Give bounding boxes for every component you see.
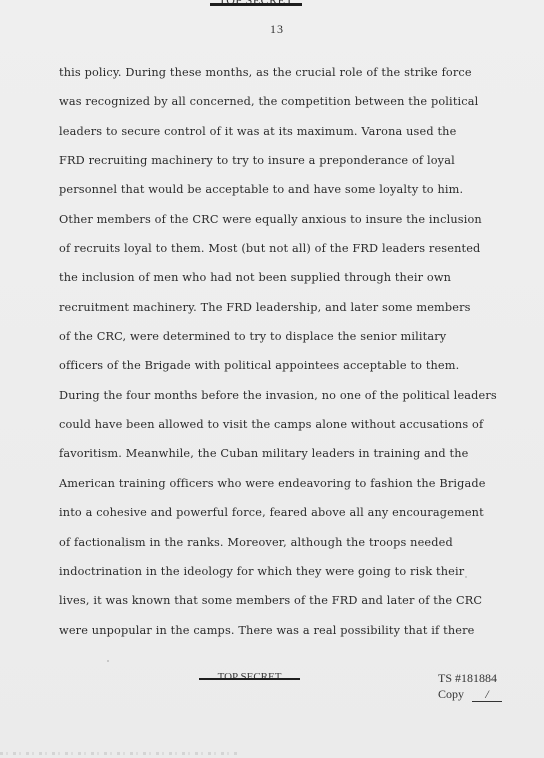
text-line: personnel that would be acceptable to an…: [59, 180, 519, 209]
text-line: could have been allowed to visit the cam…: [59, 415, 519, 444]
text-line: were unpopular in the camps. There was a…: [59, 621, 519, 650]
control-number: TS #181884: [438, 670, 502, 686]
bottom-classification-marking: TOP SECRET: [202, 671, 297, 683]
text-line: officers of the Brigade with political a…: [59, 356, 519, 385]
text-line: indoctrination in the ideology for which…: [59, 562, 519, 591]
strikethrough-line: [199, 678, 300, 680]
copy-number: /: [472, 688, 502, 702]
text-line: was recognized by all concerned, the com…: [59, 92, 519, 121]
text-line: of the CRC, were determined to try to di…: [59, 327, 519, 356]
text-line: FRD recruiting machinery to try to insur…: [59, 151, 519, 180]
text-line: lives, it was known that some members of…: [59, 591, 519, 620]
strikethrough-line: [210, 3, 302, 6]
top-classification-marking: TOP SECRET: [210, 0, 302, 8]
text-line: American training officers who were ende…: [59, 474, 519, 503]
scan-speck: [257, 631, 259, 633]
scan-speck: [124, 545, 126, 547]
scan-speck: [107, 660, 109, 662]
copy-line: Copy /: [438, 686, 502, 702]
text-line: of recruits loyal to them. Most (but not…: [59, 239, 519, 268]
body-text: this policy. During these months, as the…: [59, 63, 519, 650]
page-number: 13: [0, 22, 544, 37]
scan-speck: [465, 576, 467, 578]
bottom-classification-text: TOP SECRET: [218, 671, 282, 683]
scan-edge-noise: [0, 752, 240, 755]
text-line: Other members of the CRC were equally an…: [59, 210, 519, 239]
text-line: favoritism. Meanwhile, the Cuban militar…: [59, 444, 519, 473]
text-line: of factionalism in the ranks. Moreover, …: [59, 533, 519, 562]
text-line: recruitment machinery. The FRD leadershi…: [59, 298, 519, 327]
text-line: into a cohesive and powerful force, fear…: [59, 503, 519, 532]
text-line: this policy. During these months, as the…: [59, 63, 519, 92]
text-line: leaders to secure control of it was at i…: [59, 122, 519, 151]
document-page: TOP SECRET 13 this policy. During these …: [0, 0, 544, 758]
document-control-block: TS #181884 Copy /: [438, 670, 502, 702]
text-line: During the four months before the invasi…: [59, 386, 519, 415]
text-line: the inclusion of men who had not been su…: [59, 268, 519, 297]
copy-label: Copy: [438, 686, 464, 702]
